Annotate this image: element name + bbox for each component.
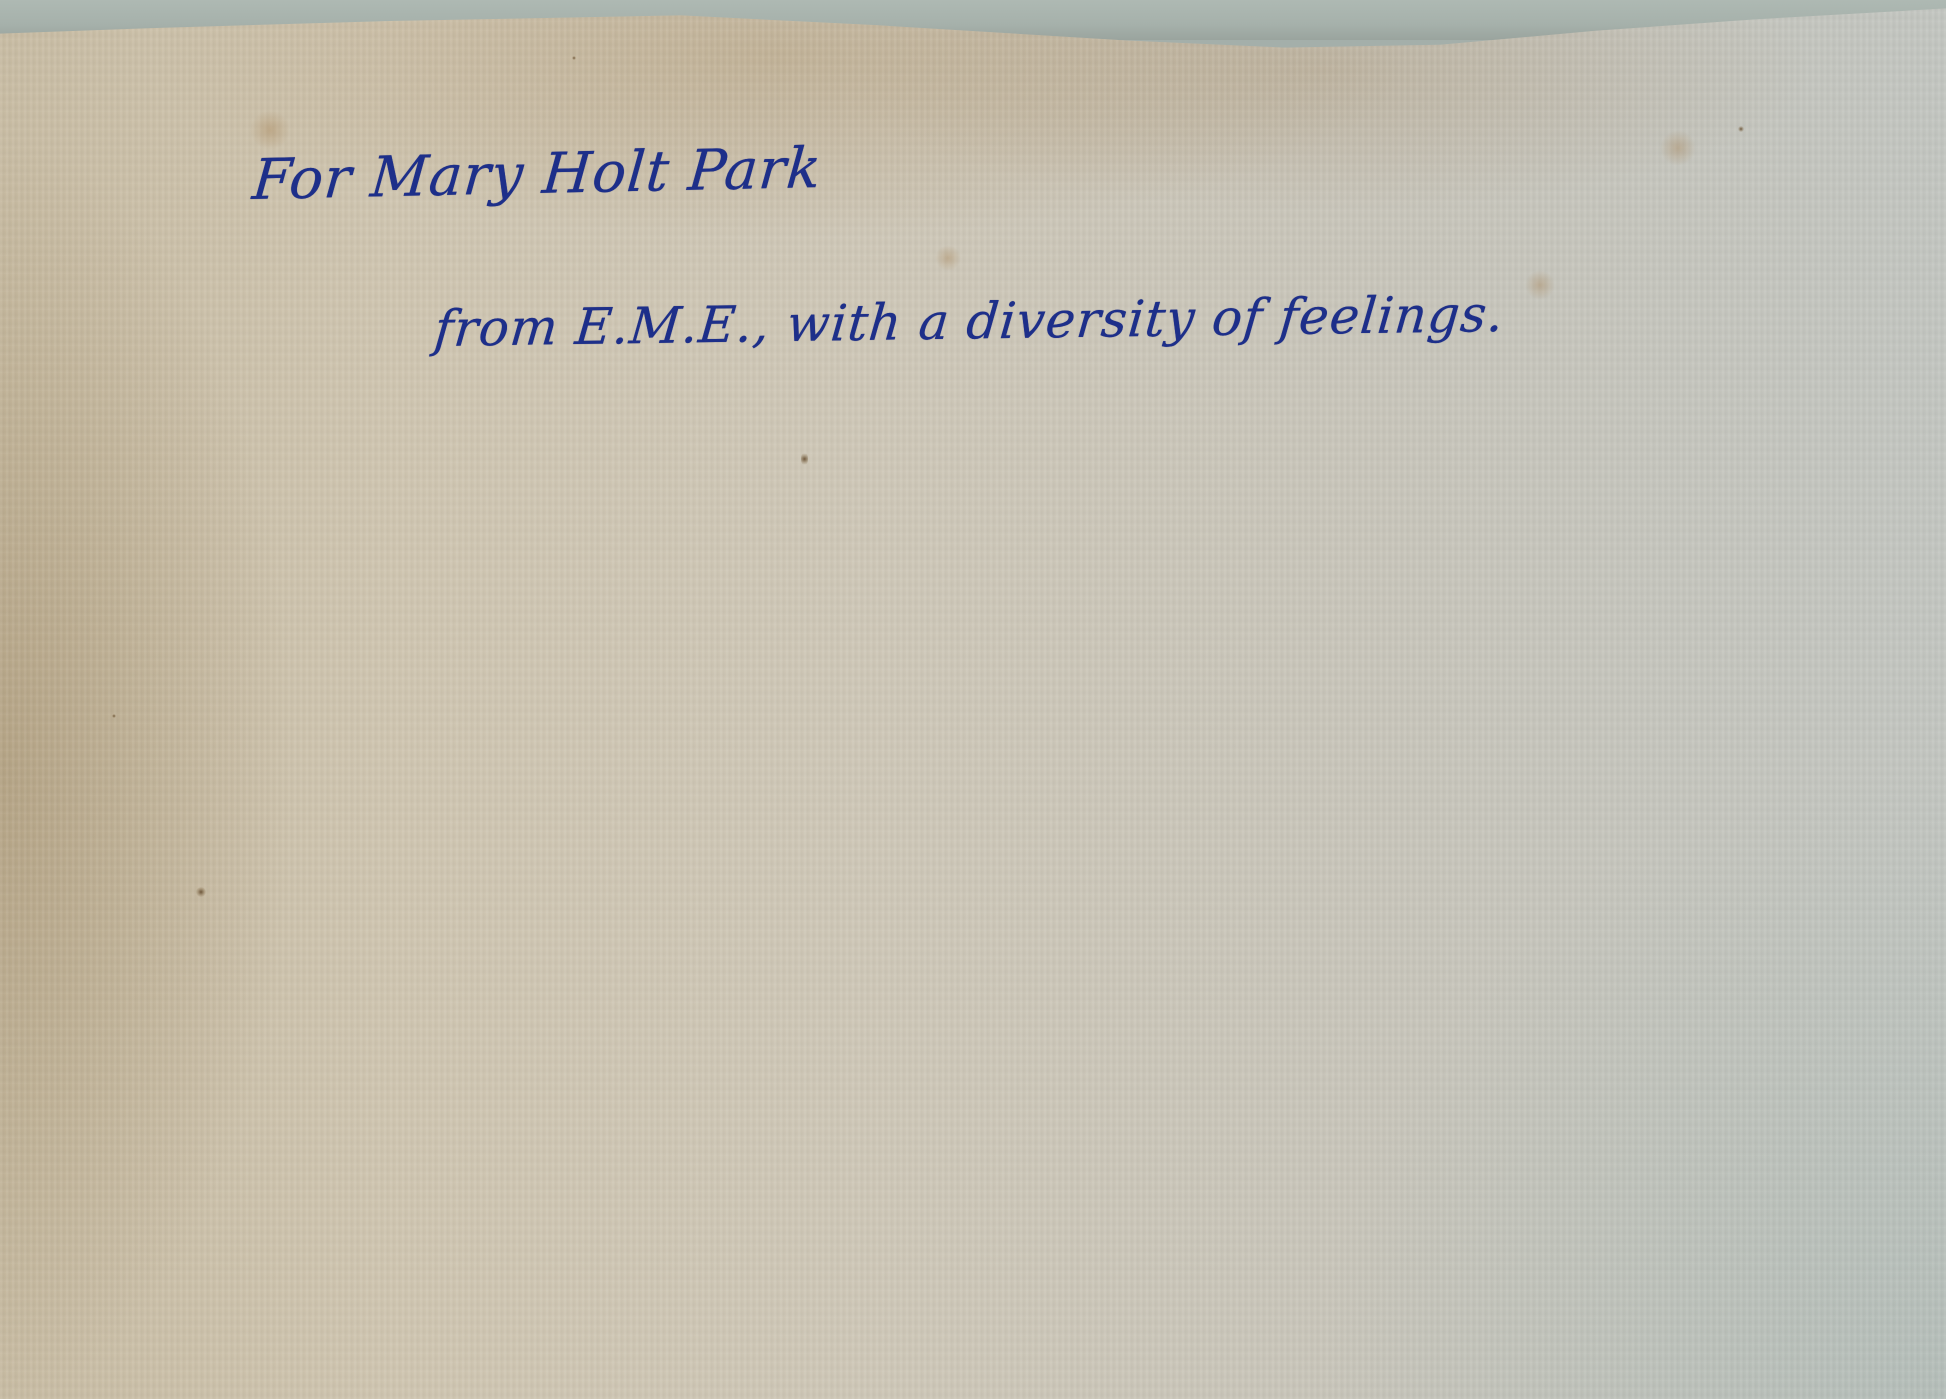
inscription-recipient-line: For Mary Holt Park — [250, 136, 824, 213]
ink-speck — [801, 452, 808, 466]
ink-speck — [196, 887, 206, 897]
foxing-stain — [1525, 270, 1555, 300]
foxing-stain — [1660, 130, 1696, 166]
ink-speck — [572, 56, 576, 60]
foxing-stain — [935, 245, 961, 271]
foxing-stain — [250, 110, 290, 150]
inscription-sender-line: from E.M.E., with a diversity of feeling… — [432, 285, 1507, 358]
flyleaf-page: For Mary Holt Park from E.M.E., with a d… — [0, 0, 1946, 1399]
ink-speck — [112, 714, 116, 718]
photo-scene: For Mary Holt Park from E.M.E., with a d… — [0, 0, 1946, 1399]
ink-speck — [1738, 126, 1744, 132]
